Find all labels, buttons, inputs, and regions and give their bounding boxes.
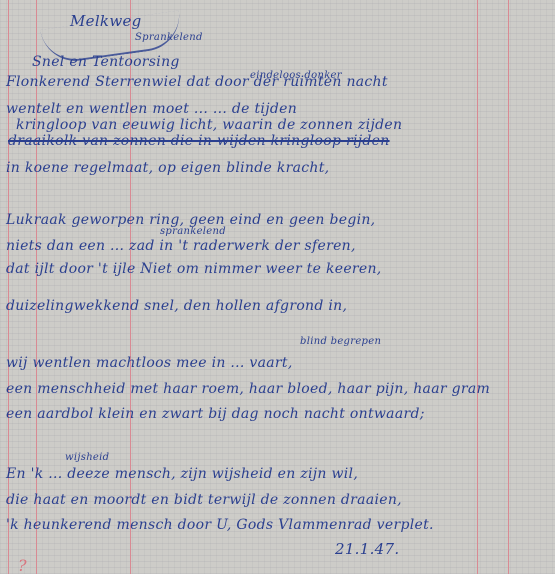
poem-line: in koene regelmaat, op eigen blinde krac… (6, 160, 329, 176)
interlinear-correction: blind begrepen (300, 336, 381, 347)
interlinear-correction: sprankelend (160, 226, 226, 237)
title-variant: Sprankelend (135, 32, 203, 43)
poem-line: kringloop van eeuwig licht, waarin de zo… (16, 117, 402, 133)
poem-line: Snel en Tentoorsing (32, 54, 180, 70)
margin-rule (508, 0, 509, 574)
manuscript-page: Melkweg Sprankelend Snel en Tentoorsing … (0, 0, 555, 574)
margin-rule (477, 0, 478, 574)
poem-line: die haat en moordt en bidt terwijl de zo… (6, 492, 402, 508)
poem-line: wij wentlen machtloos mee in ... vaart, (6, 355, 293, 371)
poem-line: dat ijlt door 't ijle Niet om nimmer wee… (6, 261, 382, 277)
interlinear-correction: wijsheid (65, 452, 109, 463)
poem-line: een aardbol klein en zwart bij dag noch … (6, 406, 425, 422)
poem-line: Flonkerend Sterrenwiel dat door der ruim… (6, 74, 388, 90)
poem-line: een menschheid met haar roem, haar bloed… (6, 381, 490, 397)
poem-line: duizelingwekkend snel, den hollen afgron… (6, 298, 347, 314)
poem-line: En 'k ... deeze mensch, zijn wijsheid en… (6, 466, 358, 482)
struck-line: draaikolk van zonnen die in wijden kring… (8, 133, 390, 149)
poem-line: 'k heunkerend mensch door U, Gods Vlamme… (6, 517, 434, 533)
poem-title: Melkweg (70, 12, 142, 30)
poem-line: wentelt en wentlen moet ... ... de tijde… (6, 101, 297, 117)
red-pencil-mark: ? (18, 556, 27, 574)
manuscript-date: 21.1.47. (335, 540, 399, 558)
poem-line: niets dan een ... zad in 't raderwerk de… (6, 238, 356, 254)
